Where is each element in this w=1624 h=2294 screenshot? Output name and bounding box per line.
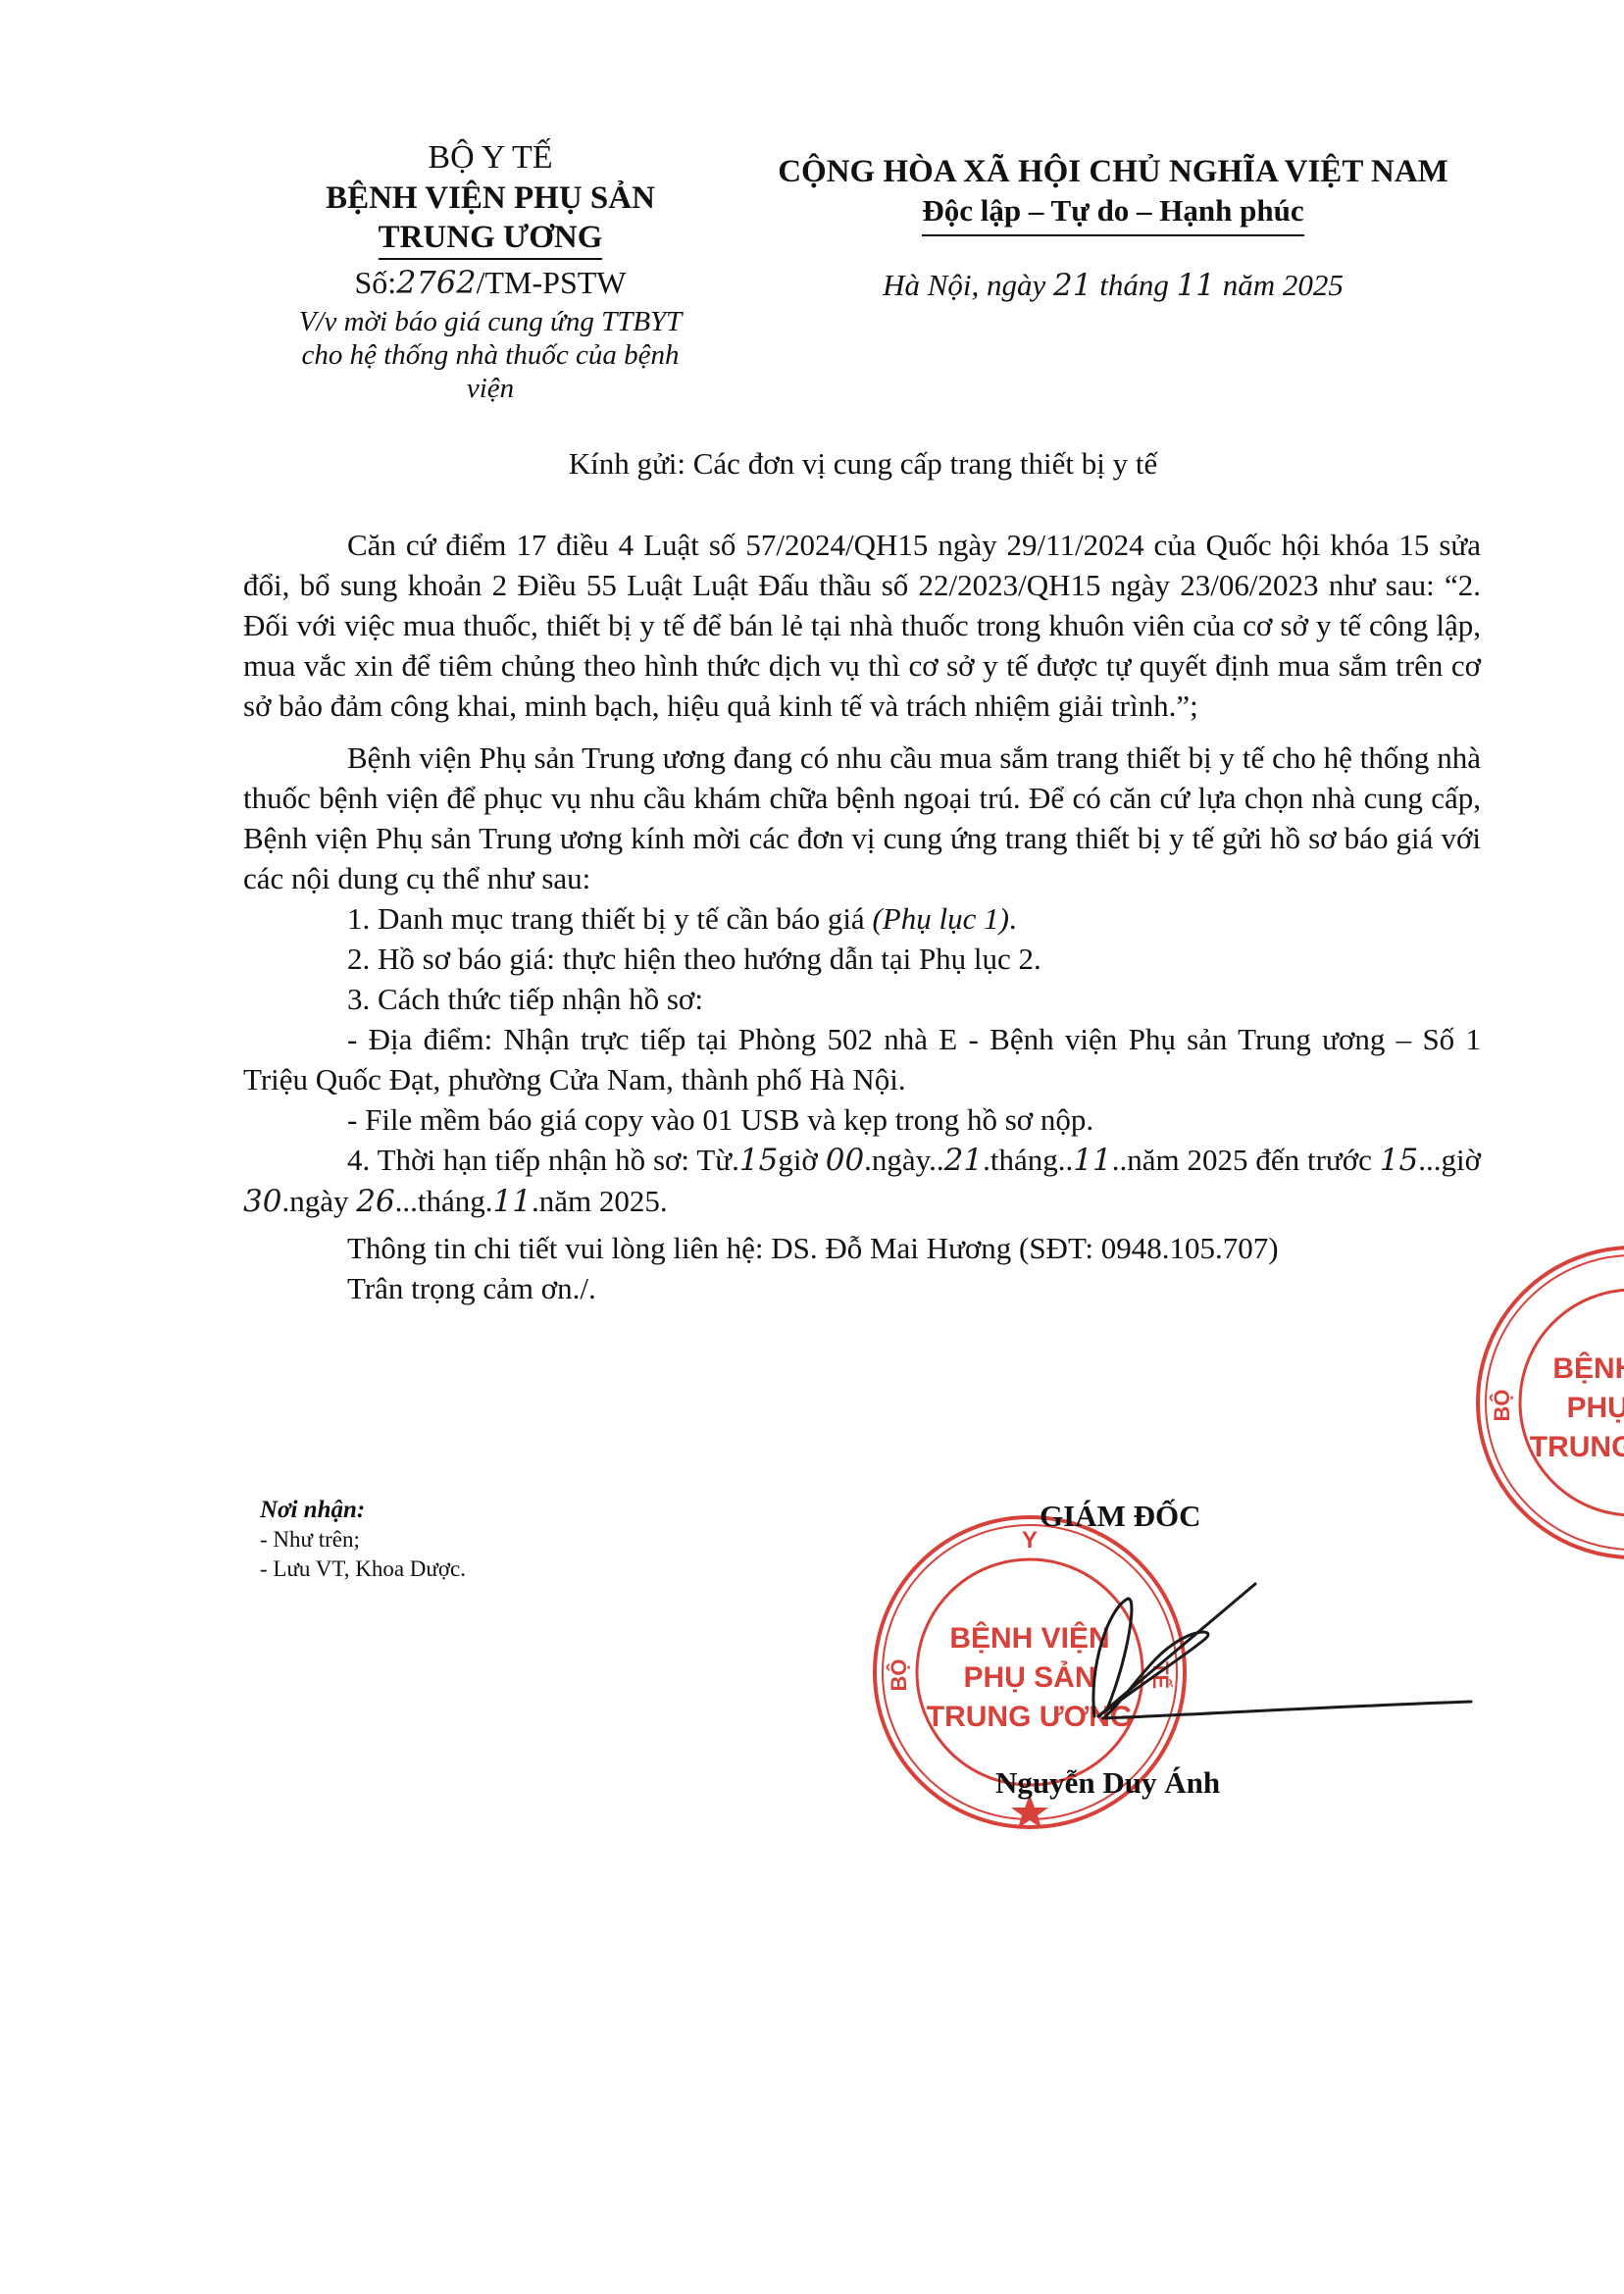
svg-text:TRUNG ƯƠNG: TRUNG ƯƠNG	[1530, 1431, 1624, 1463]
document-number: Số:2762/TM-PSTW	[245, 262, 736, 303]
greeting: Kính gửi: Các đơn vị cung cấp trang thiế…	[245, 446, 1481, 482]
national-motto: Độc lập – Tự do – Hạnh phúc	[922, 191, 1303, 236]
handwritten-doc-number: 2762	[396, 264, 476, 301]
recipient-item: - Lưu VT, Khoa Dược.	[260, 1555, 466, 1584]
handwritten-signature-icon	[1079, 1569, 1491, 1736]
ministry-name: BỘ Y TẾ	[245, 137, 736, 178]
list-item-4-deadline: 4. Thời hạn tiếp nhận hồ sơ: Từ.15giờ 00…	[243, 1140, 1481, 1222]
svg-text:Y: Y	[1022, 1527, 1038, 1554]
recipients-title: Nơi nhận:	[260, 1496, 466, 1525]
recipient-item: - Như trên;	[260, 1525, 466, 1555]
place-date-line: Hà Nội, ngày 21 tháng 11 năm 2025	[745, 266, 1481, 305]
hospital-name-line2: TRUNG ƯƠNG	[379, 218, 603, 260]
signatory-title: GIÁM ĐỐC	[1040, 1499, 1200, 1534]
list-item-2: 2. Hồ sơ báo giá: thực hiện theo hướng d…	[347, 939, 1481, 979]
issuing-authority-block: BỘ Y TẾ BỆNH VIỆN PHỤ SẢN TRUNG ƯƠNG Số:…	[245, 137, 736, 405]
national-header-block: CỘNG HÒA XÃ HỘI CHỦ NGHĨA VIỆT NAM Độc l…	[745, 152, 1481, 305]
handwritten-month: 11	[1177, 268, 1215, 303]
paragraph-request: Bệnh viện Phụ sản Trung ương đang có nhu…	[243, 738, 1481, 898]
closing-line: Trân trọng cảm ơn./.	[347, 1268, 1481, 1308]
contact-info: Thông tin chi tiết vui lòng liên hệ: DS.…	[347, 1228, 1481, 1268]
letter-body: Căn cứ điểm 17 điều 4 Luật số 57/2024/QH…	[243, 525, 1481, 1308]
list-item-3-location: - Địa điểm: Nhận trực tiếp tại Phòng 502…	[243, 1019, 1481, 1099]
recipients-block: Nơi nhận: - Như trên; - Lưu VT, Khoa Dượ…	[260, 1496, 466, 1584]
signatory-name: Nguyễn Duy Ánh	[995, 1765, 1220, 1801]
svg-text:BỆNH VIỆN: BỆNH VIỆN	[1552, 1351, 1624, 1385]
list-item-3-file: - File mềm báo giá copy vào 01 USB và kẹ…	[347, 1099, 1481, 1140]
nation-title: CỘNG HÒA XÃ HỘI CHỦ NGHĨA VIỆT NAM	[745, 152, 1481, 191]
list-item-3: 3. Cách thức tiếp nhận hồ sơ:	[347, 979, 1481, 1019]
handwritten-day: 21	[1053, 268, 1091, 303]
svg-text:BỘ: BỘ	[1490, 1390, 1514, 1422]
svg-text:BỘ: BỘ	[887, 1659, 911, 1692]
svg-text:PHỤ SẢN: PHỤ SẢN	[963, 1660, 1095, 1694]
svg-text:PHỤ SẢN: PHỤ SẢN	[1566, 1391, 1624, 1424]
list-item-1: 1. Danh mục trang thiết bị y tế cần báo …	[347, 898, 1481, 939]
partial-seal-icon: Y BỘ BỆNH VIỆN PHỤ SẢN TRUNG ƯƠNG	[1471, 1241, 1624, 1564]
document-subject: V/v mời báo giá cung ứng TTBYT cho hệ th…	[245, 305, 736, 405]
hospital-name-line1: BỆNH VIỆN PHỤ SẢN	[245, 178, 736, 218]
paragraph-legal-basis: Căn cứ điểm 17 điều 4 Luật số 57/2024/QH…	[243, 525, 1481, 726]
